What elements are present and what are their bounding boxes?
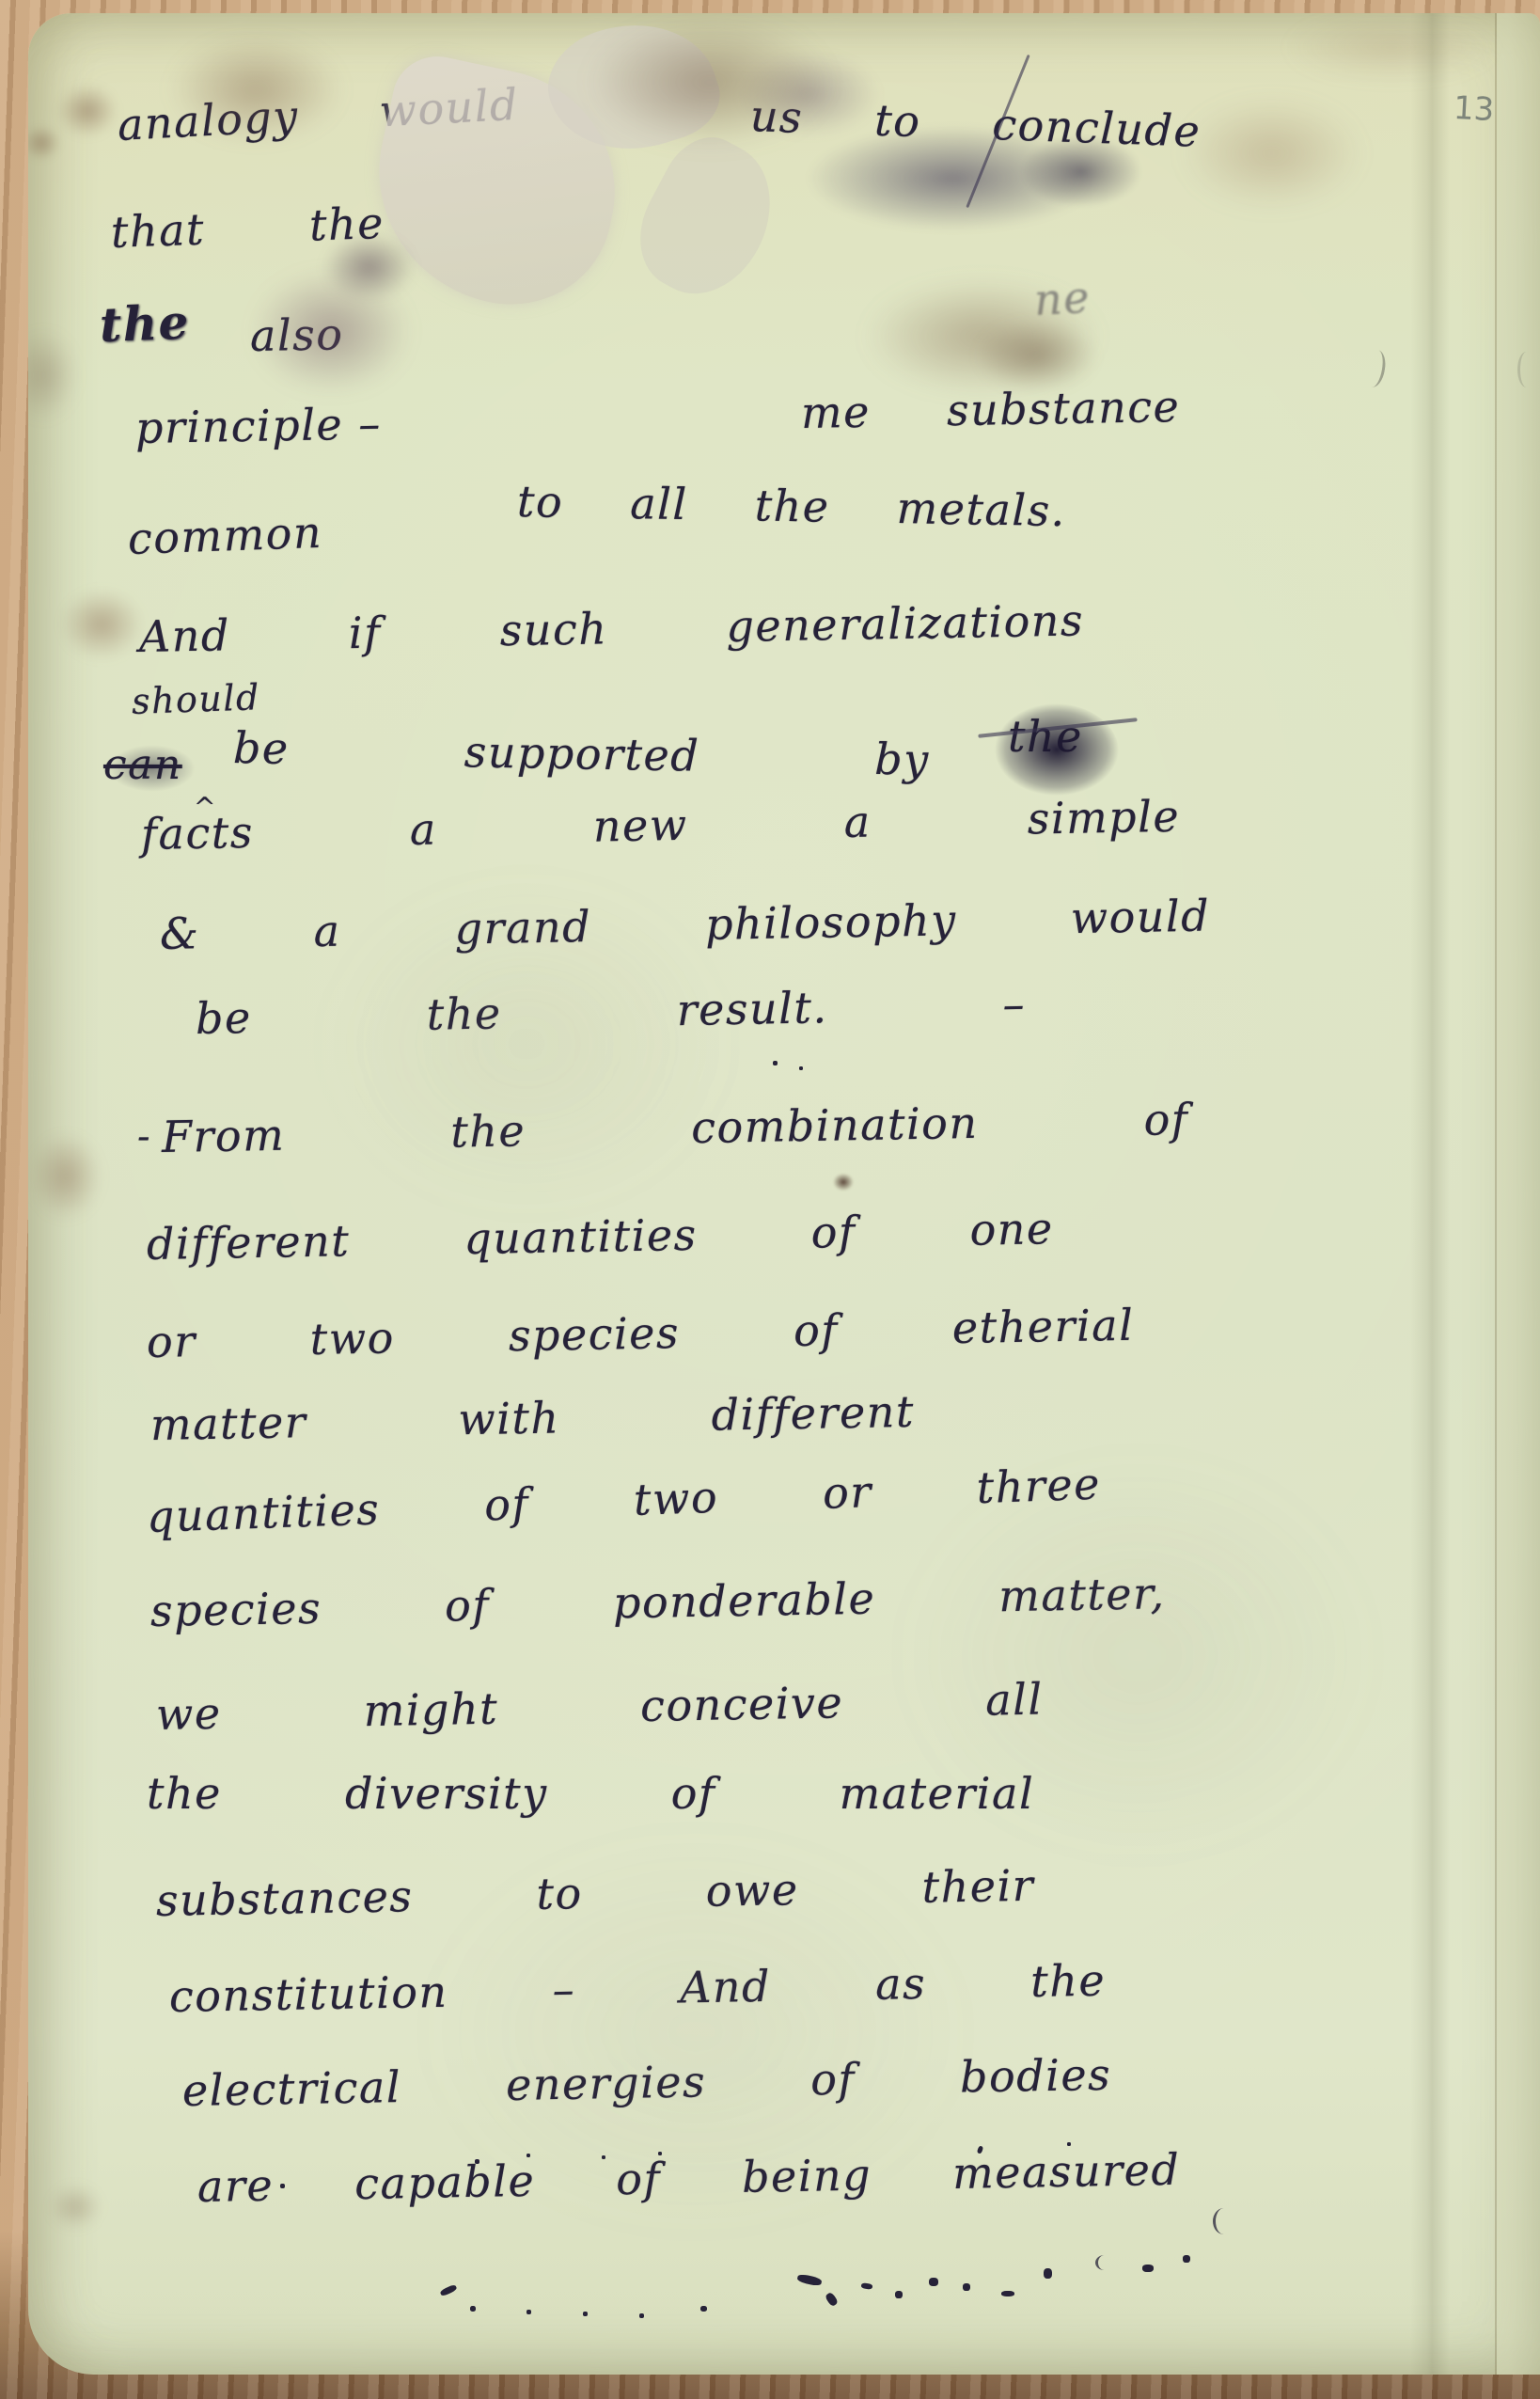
ink-fragment: [526, 2310, 531, 2314]
handwriting-line: matter with different: [150, 1386, 916, 1450]
foxing-spot: [49, 77, 126, 145]
paper: analogy would us to conclude that the th…: [28, 13, 1540, 2375]
handwriting-line: we might conceive all: [156, 1674, 1045, 1740]
pen-dot: [773, 1061, 778, 1065]
stain-brown: [1260, 13, 1523, 87]
ink-fragment: [470, 2306, 476, 2312]
ink-fragment: [639, 2313, 644, 2318]
foxing-spot: [28, 318, 86, 433]
handwriting-line: substances to owe their: [156, 1860, 1035, 1926]
handwriting-line: facts a new a simple: [141, 791, 1181, 860]
ink-fragment: [796, 2273, 822, 2286]
ink-fragment: [583, 2312, 588, 2316]
handwriting-line: & a grand philosophy would: [160, 891, 1211, 959]
handwriting-word: common: [127, 507, 323, 564]
ink-fragment: [1213, 2208, 1234, 2234]
pen-mark: [1362, 348, 1389, 388]
pen-dot: [280, 2184, 285, 2188]
ink-fragment: [1001, 2291, 1014, 2296]
pen-dot: [658, 2152, 662, 2155]
handwriting-line: species of ponderable matter,: [150, 1568, 1166, 1636]
handwriting-line: are capable of being measured: [197, 2144, 1181, 2212]
scanned-manuscript-page: analogy would us to conclude that the th…: [0, 0, 1540, 2399]
handwriting-word: also: [250, 308, 344, 361]
pen-dot: [602, 2155, 605, 2159]
handwriting-line: And if such generalizations: [139, 594, 1085, 662]
handwriting-line: or two species of etherial: [147, 1300, 1135, 1367]
scribbled-out-word: the: [1008, 711, 1083, 762]
handwriting-line: From the combination of: [162, 1094, 1189, 1162]
handwriting-line: different quantities of one: [147, 1203, 1055, 1270]
ink-spot: [831, 1172, 856, 1192]
handwriting-line: us to conclude: [749, 90, 1202, 157]
pen-dot: [799, 1066, 803, 1070]
ink-fragment: [700, 2306, 707, 2312]
pen-dot: [1067, 2142, 1071, 2146]
ink-fragment: [929, 2278, 938, 2286]
handwriting-line: constitution – And as the: [169, 1955, 1107, 2022]
handwriting-line: the diversity of material: [147, 1768, 1034, 1819]
handwriting-line: electrical energies of bodies: [182, 2049, 1112, 2116]
ink-fragment: [895, 2291, 903, 2298]
dash-mark: -: [137, 1115, 151, 1159]
handwriting-line: quantities of two or three: [146, 1459, 1102, 1542]
pen-dot: [526, 2154, 530, 2157]
foxing-spot: [28, 120, 66, 166]
tissue-patch: [620, 122, 796, 314]
foxing-spot: [41, 2178, 109, 2236]
manuscript-content-layer: analogy would us to conclude that the th…: [28, 13, 1540, 2375]
tissue-patch: [534, 13, 730, 173]
ink-fragment: [1183, 2255, 1190, 2263]
pen-dot: [475, 2159, 479, 2164]
handwriting-obscured-fragment: ne: [1033, 272, 1092, 325]
ink-fragment: [963, 2283, 970, 2291]
struck-out-word: can: [103, 741, 182, 789]
handwriting-line: to all the metals.: [517, 476, 1067, 536]
handwriting-line: analogy would: [117, 79, 521, 150]
inserted-word: should: [131, 676, 260, 722]
ink-fragment: [1142, 2265, 1154, 2272]
handwriting-line: me substance: [801, 381, 1181, 438]
ink-fragment: [1095, 2255, 1113, 2270]
pen-mark: [1517, 352, 1535, 387]
ink-fragment: [1044, 2268, 1052, 2279]
ink-fragment: [825, 2292, 839, 2308]
handwriting-line: be supported by: [233, 722, 931, 785]
ink-fragment: [861, 2282, 873, 2290]
pencil-page-number: 13: [1453, 89, 1495, 129]
page-fold-crease: [1410, 13, 1450, 2375]
handwriting-line: principle –: [135, 398, 383, 453]
foxing-spot: [28, 1121, 111, 1232]
ink-fragment: [439, 2284, 457, 2297]
handwriting-line: that the: [110, 197, 385, 258]
handwriting-word-overwritten: the: [99, 294, 191, 353]
handwriting-line: be the result. –: [196, 979, 1027, 1044]
